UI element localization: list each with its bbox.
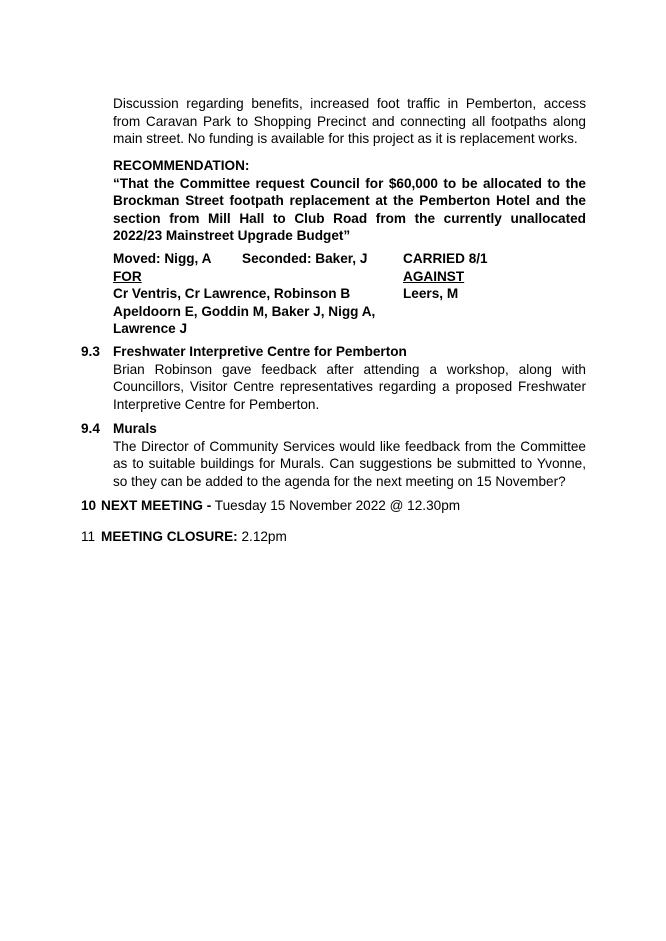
item-value: 2.12pm: [238, 529, 287, 544]
against-names: Leers, M: [403, 285, 458, 303]
vote-row-mover: Moved: Nigg, A Seconded: Baker, J CARRIE…: [113, 250, 593, 268]
discussion-text: Discussion regarding benefits, increased…: [113, 95, 586, 148]
vote-result: CARRIED 8/1: [403, 250, 488, 268]
moved-by: Moved: Nigg, A: [113, 250, 211, 268]
item-value: Tuesday 15 November 2022 @ 12.30pm: [211, 498, 460, 513]
vote-record: Moved: Nigg, A Seconded: Baker, J CARRIE…: [113, 250, 593, 303]
vote-row-names: Cr Ventris, Cr Lawrence, Robinson B Apel…: [113, 285, 593, 303]
vote-row-labels: FOR AGAINST: [113, 268, 593, 286]
for-label: FOR: [113, 268, 142, 286]
item-number: 10: [81, 497, 101, 515]
item-label: NEXT MEETING -: [101, 498, 211, 513]
item-meeting-closure: 11MEETING CLOSURE: 2.12pm: [81, 528, 287, 546]
section-text: The Director of Community Services would…: [113, 438, 586, 491]
section-title: Murals: [113, 420, 586, 438]
for-names: Cr Ventris, Cr Lawrence, Robinson B Apel…: [113, 285, 383, 338]
seconded-by: Seconded: Baker, J: [242, 250, 367, 268]
recommendation-block: RECOMMENDATION: “That the Committee requ…: [113, 157, 586, 245]
section-text: Brian Robinson gave feedback after atten…: [113, 361, 586, 414]
item-number: 11: [81, 528, 101, 546]
item-next-meeting: 10NEXT MEETING - Tuesday 15 November 202…: [81, 497, 460, 515]
section-number: 9.4: [81, 420, 100, 438]
against-label: AGAINST: [403, 268, 464, 286]
document-page: Discussion regarding benefits, increased…: [0, 0, 666, 941]
recommendation-heading: RECOMMENDATION:: [113, 157, 586, 175]
discussion-paragraph: Discussion regarding benefits, increased…: [113, 95, 586, 148]
recommendation-text: “That the Committee request Council for …: [113, 175, 586, 245]
section-title: Freshwater Interpretive Centre for Pembe…: [113, 343, 586, 361]
section-number: 9.3: [81, 343, 100, 361]
item-label: MEETING CLOSURE:: [101, 529, 238, 544]
